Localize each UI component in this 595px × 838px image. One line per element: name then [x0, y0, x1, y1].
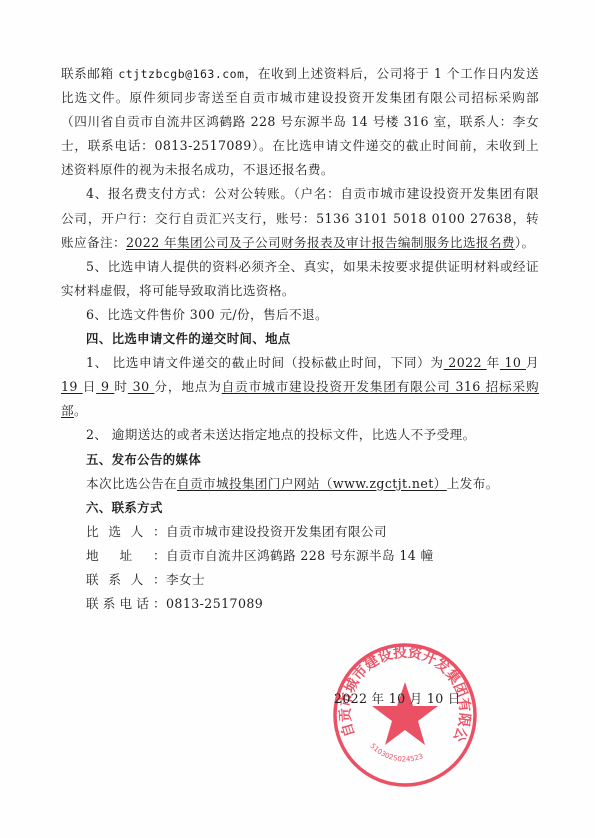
month-unit: 月 — [526, 355, 539, 370]
section-4-heading: 四、比选申请文件的递交时间、地点 — [61, 327, 539, 351]
document-body: 联系邮箱 ctjtzbcgb@163.com，在收到上述资料后，公司将于 1 个… — [61, 62, 539, 616]
email-paragraph: 联系邮箱 ctjtzbcgb@163.com，在收到上述资料后，公司将于 1 个… — [61, 62, 539, 182]
deadline-month: 10 — [500, 355, 526, 370]
email-paragraph-rest: ，在收到上述资料后，公司将于 1 个工作日内发送比选文件。原件须同步寄送至自贡市… — [61, 66, 539, 177]
day-unit: 日 — [83, 379, 96, 394]
contact-row-phone: 联系电话：0813-2517089 — [61, 592, 539, 616]
item-5: 5、比选申请人提供的资料必须齐全、真实，如果未按要求提供证明材料或经证实材料虚假… — [61, 255, 539, 303]
section-4-item-1: 1、 比选申请文件递交的截止时间（投标截止时间，下同）为 2022 年 10 月… — [61, 351, 539, 423]
contact-value: 自贡市城市建设投资开发集团有限公司 — [166, 524, 387, 539]
contact-label: 比选人： — [86, 520, 166, 544]
svg-text:5103025024523: 5103025024523 — [369, 742, 425, 763]
contact-label: 联系人： — [86, 568, 166, 592]
media-suffix: 上发布。 — [447, 476, 499, 491]
item-6: 6、比选文件售价 300 元/份，售后不退。 — [61, 303, 539, 327]
media-prefix: 本次比选公告在 — [86, 476, 177, 491]
section-5-text: 本次比选公告在自贡市城投集团门户网站（www.zgctjt.net）上发布。 — [61, 472, 539, 496]
contact-row-bidder: 比选人：自贡市城市建设投资开发集团有限公司 — [61, 520, 539, 544]
period: 。 — [74, 403, 87, 418]
contact-value: 李女士 — [166, 572, 205, 587]
transfer-remark: 2022 年集团公司及子公司财务报表及审计报告编制服务比选报名费 — [126, 235, 515, 250]
document-page: 联系邮箱 ctjtzbcgb@163.com，在收到上述资料后，公司将于 1 个… — [0, 0, 595, 838]
section-6-heading: 六、联系方式 — [61, 496, 539, 520]
item-4-suffix: ）。 — [515, 235, 535, 250]
item-4-payment: 4、报名费支付方式：公对公转账。（户名：自贡市城市建设投资开发集团有限公司，开户… — [61, 182, 539, 254]
year-unit: 年 — [487, 355, 500, 370]
contact-value: 0813-2517089 — [166, 596, 263, 611]
contact-row-address: 地址：自贡市自流井区鸿鹤路 228 号东源半岛 14 幢 — [61, 544, 539, 568]
contact-email: ctjtzbcgb@163.com — [118, 67, 244, 81]
place-text: 分，地点为 — [154, 379, 221, 394]
company-seal-icon: 自贡市城市建设投资开发集团有限公司 5103025024523 — [330, 640, 480, 790]
deadline-text: 1、 比选申请文件递交的截止时间（投标截止时间，下同）为 — [86, 355, 444, 370]
seal-code: 5103025024523 — [369, 742, 425, 763]
hour-unit: 时 — [114, 379, 127, 394]
contact-value: 自贡市自流井区鸿鹤路 228 号东源半岛 14 幢 — [166, 548, 434, 563]
email-prefix: 联系邮箱 — [61, 66, 118, 81]
website-link[interactable]: 自贡市城投集团门户网站（www.zgctjt.net） — [177, 476, 447, 491]
deadline-year: 2022 — [444, 355, 487, 370]
contact-label: 联系电话： — [86, 592, 166, 616]
contact-row-person: 联系人：李女士 — [61, 568, 539, 592]
deadline-hour: 9 — [96, 379, 114, 394]
deadline-minute: 30 — [128, 379, 155, 394]
section-4-item-2: 2、 逾期送达的或者未送达指定地点的投标文件，比选人不予受理。 — [61, 423, 539, 447]
deadline-day: 19 — [61, 379, 83, 394]
document-date: 2022 年 10 月 10 日 — [334, 688, 461, 707]
section-5-heading: 五、发布公告的媒体 — [61, 448, 539, 472]
contact-label: 地址： — [86, 544, 166, 568]
